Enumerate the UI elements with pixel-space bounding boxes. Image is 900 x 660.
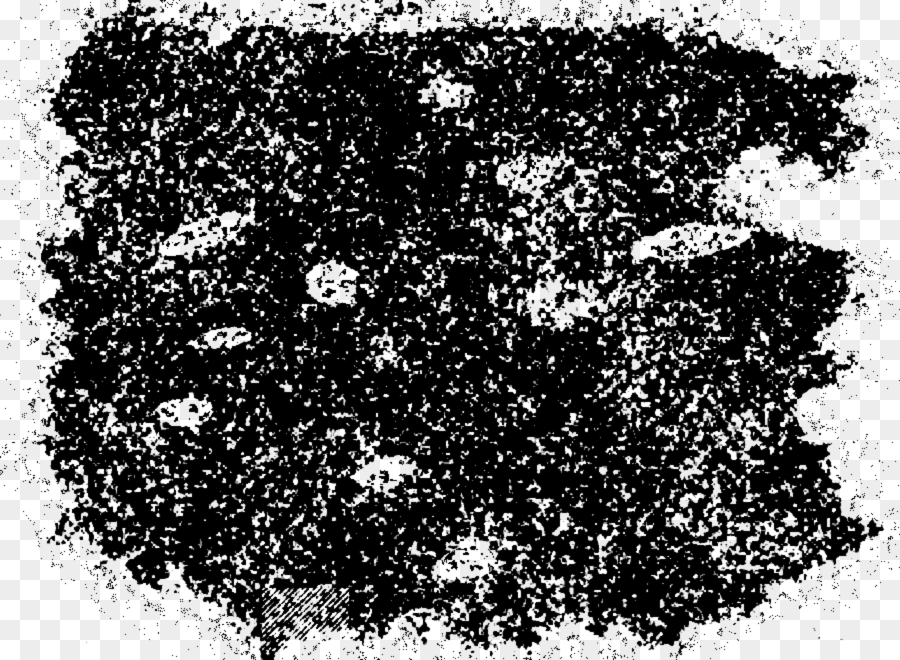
- texture-image: [0, 0, 900, 660]
- grunge-ink-texture-canvas: [0, 0, 900, 660]
